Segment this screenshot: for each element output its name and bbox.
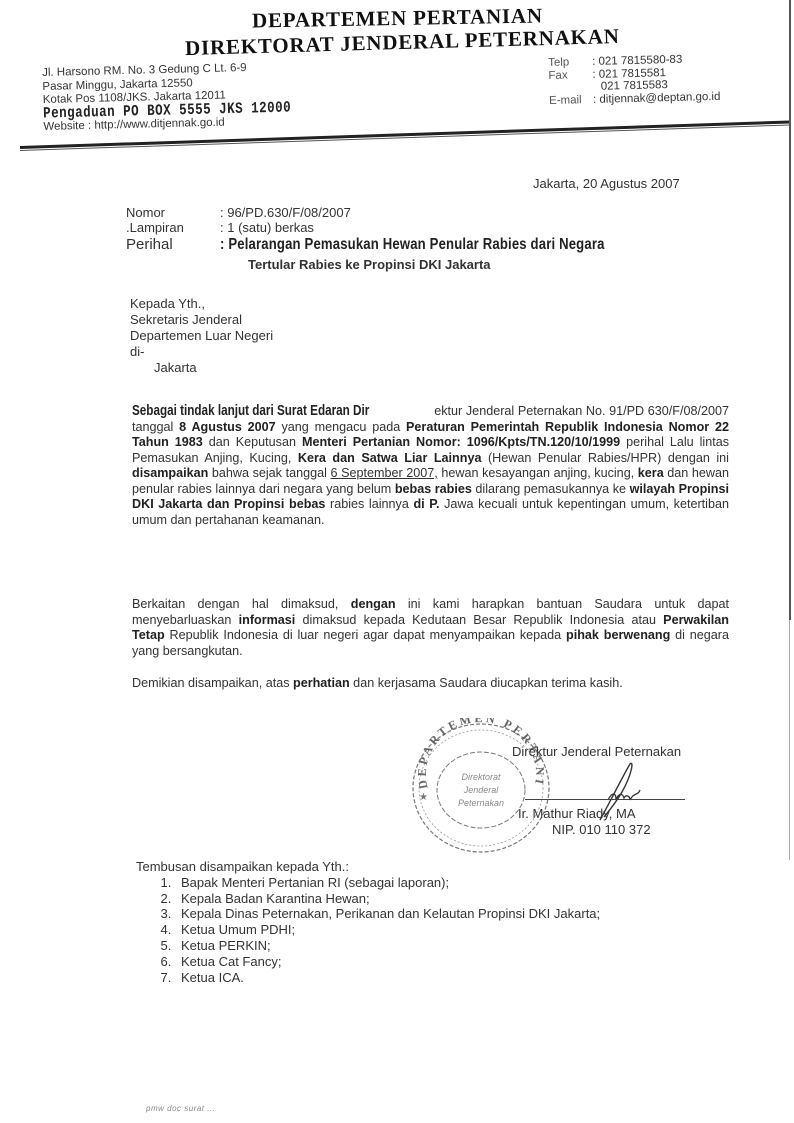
- perihal-label: Perihal: [126, 237, 220, 252]
- contact-label: [549, 81, 593, 95]
- signatory-nip: NIP. 010 110 372: [512, 822, 681, 838]
- lampiran-label: .Lampiran: [126, 220, 220, 235]
- addressee-block: Kepada Yth., Sekretaris Jenderal Departe…: [130, 296, 273, 376]
- svg-text:★: ★: [419, 792, 428, 803]
- closing-paragraph: Demikian disampaikan, atas perhatian dan…: [132, 676, 729, 692]
- scan-edge-line: [789, 0, 791, 620]
- signature-block: Direktur Jenderal Peternakan Ir. Mathur …: [512, 744, 681, 838]
- email-link[interactable]: : ditjennak@deptan.go.id: [593, 90, 721, 106]
- letter-date: Jakarta, 20 Agustus 2007: [533, 176, 680, 191]
- addressee-greeting: Kepada Yth.,: [130, 296, 273, 312]
- cc-item: Ketua Umum PDHI;: [175, 922, 600, 938]
- nomor-value: : 96/PD.630/F/08/2007: [220, 205, 351, 220]
- perihal-row: Perihal: Pelarangan Pemasukan Hewan Penu…: [126, 237, 689, 252]
- cc-item: Ketua Cat Fancy;: [175, 954, 600, 970]
- contact-label: Fax: [548, 68, 592, 82]
- svg-text:Direktorat: Direktorat: [461, 772, 501, 782]
- cc-item: Kepala Badan Karantina Hewan;: [175, 891, 600, 907]
- file-path-footer: pmw doc surat ...: [146, 1104, 215, 1113]
- cc-heading: Tembusan disampaikan kepada Yth.:: [136, 859, 600, 875]
- addressee-line: di-: [130, 344, 273, 360]
- cc-list: Bapak Menteri Pertanian RI (sebagai lapo…: [136, 875, 600, 986]
- addressee-line: Departemen Luar Negeri: [130, 328, 273, 344]
- lampiran-row: .Lampiran: 1 (satu) berkas: [126, 220, 689, 235]
- letter-meta: Nomor: 96/PD.630/F/08/2007 .Lampiran: 1 …: [126, 205, 689, 252]
- cc-item: Ketua PERKIN;: [175, 938, 600, 954]
- contact-label: Telp: [548, 56, 592, 70]
- scan-edge-line: [789, 620, 790, 860]
- perihal-value: : Pelarangan Pemasukan Hewan Penular Rab…: [220, 237, 605, 252]
- cc-item: Bapak Menteri Pertanian RI (sebagai lapo…: [175, 875, 600, 891]
- signatory-title: Direktur Jenderal Peternakan: [512, 744, 681, 760]
- addressee-city: Jakarta: [130, 360, 273, 376]
- lampiran-value: : 1 (satu) berkas: [220, 220, 314, 235]
- directorate-heading: DIREKTORAT JENDERAL PETERNAKAN: [185, 24, 620, 61]
- nomor-row: Nomor: 96/PD.630/F/08/2007: [126, 205, 689, 220]
- perihal-value-continued: Tertular Rabies ke Propinsi DKI Jakarta: [248, 257, 491, 272]
- svg-text:Jenderal: Jenderal: [463, 785, 500, 795]
- cc-block: Tembusan disampaikan kepada Yth.: Bapak …: [136, 859, 600, 985]
- signatory-name: Ir. Mathur Riady, MA: [512, 806, 681, 822]
- cc-item: Kepala Dinas Peternakan, Perikanan dan K…: [175, 906, 600, 922]
- addressee-line: Sekretaris Jenderal: [130, 312, 273, 328]
- cc-item: Ketua ICA.: [175, 970, 600, 986]
- contact-block: Telp: 021 7815580-83 Fax: 021 7815581 02…: [548, 53, 721, 107]
- nomor-label: Nomor: [126, 205, 220, 220]
- svg-text:Peternakan: Peternakan: [458, 798, 504, 808]
- office-address: Jl. Harsono RM. No. 3 Gedung C Lt. 6-9 P…: [42, 61, 292, 135]
- contact-label: E-mail: [549, 93, 593, 107]
- body-paragraph-2: Berkaitan dengan hal dimaksud, dengan in…: [132, 597, 729, 659]
- effective-date: 6 September 2007,: [330, 466, 437, 480]
- body-paragraph-1: Sebagai tindak lanjut dari Surat Edaran …: [132, 403, 729, 528]
- paragraph-lead: Sebagai tindak lanjut dari Surat Edaran …: [132, 403, 369, 419]
